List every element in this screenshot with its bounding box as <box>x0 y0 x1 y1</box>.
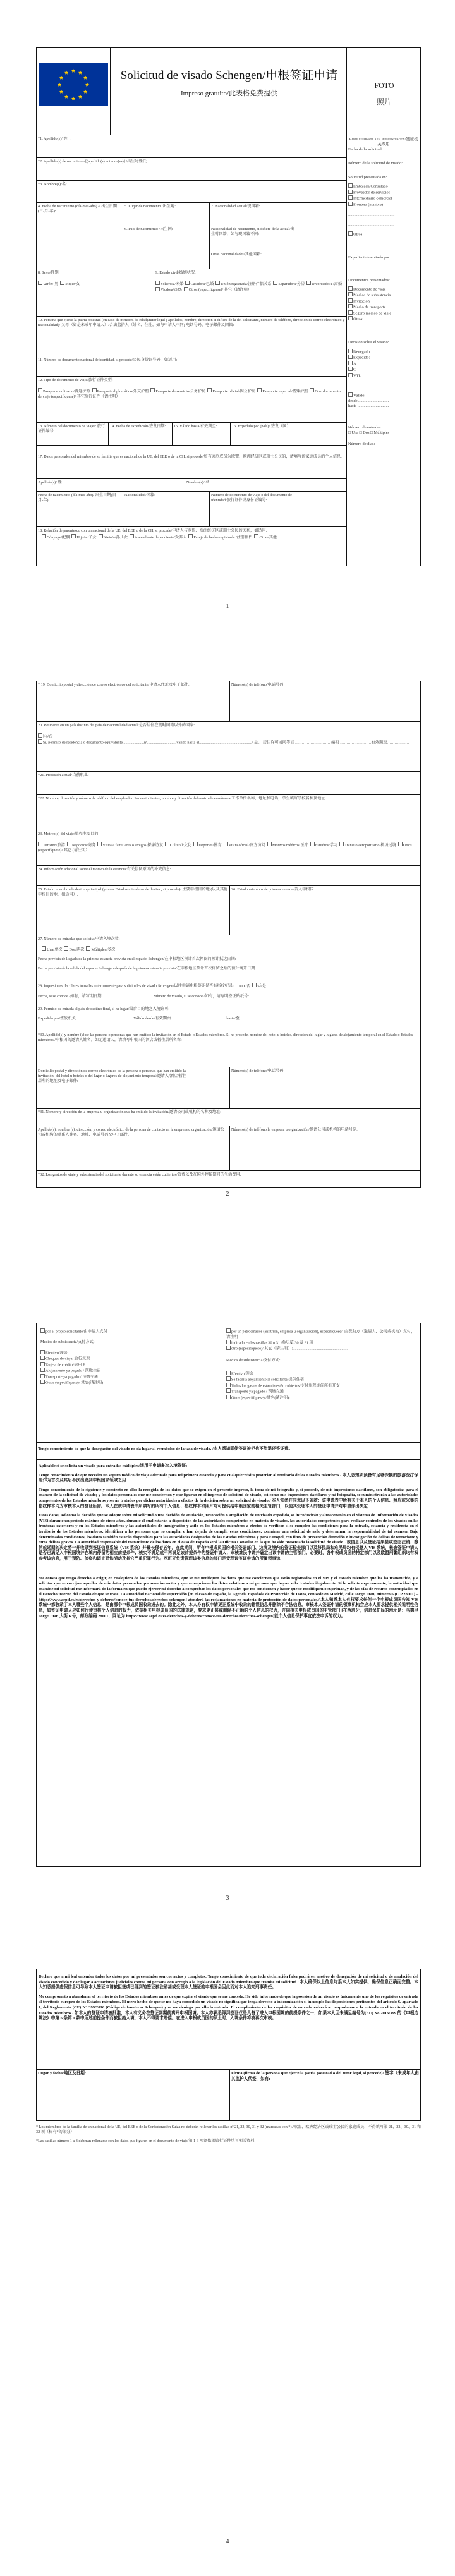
field-23-purpose: 23. Motivo(s) del viaje/旅程主要目的: Turismo/… <box>36 830 421 866</box>
admin-document-option-0[interactable]: Documento de viaje <box>348 286 419 293</box>
purpose-option-5[interactable]: Visita oficial/官方访问 <box>224 843 265 848</box>
option-label: Una/单次 <box>47 947 62 952</box>
field-24-additional-info[interactable]: 24. Información adicional sobre el motiv… <box>36 865 421 886</box>
entries-option-0[interactable]: Una/单次 <box>42 947 62 952</box>
checkbox[interactable] <box>38 281 42 285</box>
rights-notice: Me consta que tengo derecho a exigir, en… <box>39 1576 418 1620</box>
field-6-label: 6. País de nacimiento /出生国: <box>124 227 173 232</box>
admin-valid-from: desde .............................. <box>348 399 419 404</box>
field-27-options: Una/单次Dos/两次Múltiples/多次 <box>38 946 419 952</box>
field-31-contact[interactable]: Apellido(s), nombre (s), dirección, y co… <box>36 1126 230 1171</box>
admin-entries: Número de entradas: <box>348 425 419 430</box>
purpose-option-2[interactable]: Visita a familiares o amigos/探亲访友 <box>97 843 163 848</box>
self-means-option-5[interactable]: Otros (especifíquese)/ 其它(请注明) <box>40 1380 224 1386</box>
sex-option-0[interactable]: Varón/ 男 <box>38 282 58 286</box>
admin-dots: ........................................… <box>348 222 419 228</box>
checkbox[interactable] <box>60 281 64 285</box>
option-label: Otros: <box>353 317 363 322</box>
admin-document-option-4[interactable]: Seguro médico de viaje <box>348 310 419 317</box>
payment-self-means: Medios de subsistencia/支付方式: <box>40 1340 224 1345</box>
checkbox[interactable] <box>348 392 353 397</box>
checkbox[interactable] <box>398 842 403 846</box>
option-label: Negocios/商务 <box>72 843 95 848</box>
doc-type-option-3[interactable]: Pasaporte oficial/因公护照 <box>207 389 255 394</box>
option-label: Expedido: <box>353 356 370 360</box>
field-17-name-label: Nombre(s)/ 名: <box>186 480 210 485</box>
checkbox[interactable] <box>348 361 353 365</box>
checkbox[interactable] <box>185 281 190 285</box>
field-17-doc[interactable]: Número de documento de viaje o del docum… <box>209 491 347 527</box>
option-label: Separado/a/分居 <box>278 282 305 286</box>
checkbox[interactable] <box>226 1395 231 1399</box>
self-means-option-4[interactable]: Transporte ya pagado / 预缴交通 <box>40 1374 224 1380</box>
option-label: Unión registrada/注册伴侣关系 <box>221 282 271 286</box>
field-20-residence: 20. Residente en un país distinto del pa… <box>36 721 421 772</box>
payment-sponsor-options: Efectivo/现金Se facilita alojamiento al so… <box>226 1371 416 1401</box>
field-17-surname[interactable]: Apellido(s)/ 姓: <box>36 478 185 492</box>
checkbox[interactable] <box>310 388 314 392</box>
purpose-option-1[interactable]: Negocios/商务 <box>67 843 95 848</box>
option-label: Frontera (nombre) <box>353 202 383 207</box>
checkbox[interactable] <box>42 534 46 538</box>
field-9-civil-status: 9. Estado civil/婚姻状况: Soltero/a/未婚Casado… <box>154 269 347 317</box>
option-label: Pareja de hecho registrada /注册伴侣 <box>193 535 252 540</box>
checkbox[interactable] <box>226 1371 231 1375</box>
checkbox[interactable] <box>38 733 42 738</box>
checkbox[interactable] <box>226 1388 231 1393</box>
option-label: Viudo/a/丧偶 <box>161 288 182 292</box>
payment-self: por el propio solicitante/由申请人支付 Medios … <box>40 1328 224 1386</box>
checkbox[interactable] <box>348 373 353 377</box>
photo-cell: FOTO 照片 <box>346 47 421 135</box>
payment-sponsor-means: Medios de subsistencia/支付方式: <box>226 1358 416 1363</box>
checkbox[interactable] <box>92 388 97 392</box>
field-10-label: 10. Persona que ejerce la patria potesta… <box>38 318 344 327</box>
place-date-field[interactable]: Lugar y fecha/地区及日期: <box>36 2069 230 2121</box>
field-8-options: Varón/ 男Mujer/女 <box>38 281 152 287</box>
option-label: Transporte ya pagado / 预缴交通 <box>45 1375 98 1379</box>
checkbox[interactable] <box>38 842 42 846</box>
checkbox[interactable] <box>64 946 68 951</box>
checkbox[interactable] <box>226 1340 231 1344</box>
admin-dots: ........................................… <box>348 212 419 217</box>
field-31-company[interactable]: *31. Nombre y dirección de la empresa u … <box>36 1108 421 1126</box>
field-17-family-member: 17. Datos personales del miembro de su f… <box>36 445 347 479</box>
field-5-6-birthplace[interactable]: 5. Lugar de nacimiento /出生地: 6. País de … <box>123 202 210 269</box>
admin-handled-by: Expediente tramitado por: <box>348 255 419 260</box>
field-28-detail: Fecha, si se conoce /如有，请写明日期…………………....… <box>38 994 419 999</box>
checkbox[interactable] <box>42 946 46 951</box>
checkbox[interactable] <box>252 983 257 987</box>
checkbox[interactable] <box>310 842 315 846</box>
declaration-text: Declaro que a mi leal entender todos los… <box>39 1974 418 1991</box>
field-29-detail: Expedido por/签发机关.......................… <box>38 1016 419 1021</box>
admin-document-option-5[interactable]: Otros: <box>348 316 419 322</box>
field-14-issue-date[interactable]: 14. Fecha de expedición/签发日期: <box>108 422 173 446</box>
checkbox[interactable] <box>97 842 102 846</box>
sponsor-sub-option-0[interactable]: indicado en las casillas 30 o 31 /参见第 30… <box>226 1340 416 1346</box>
option-label: Deportes/体育 <box>198 843 221 848</box>
civil-status-option-3[interactable]: Separado/a/分居 <box>273 282 305 286</box>
field-2-label: *2. Apellido(s) de nacimiento [(apellido… <box>38 159 148 164</box>
sponsor-means-option-0[interactable]: Efectivo/现金 <box>226 1371 416 1377</box>
field-4-dob[interactable]: 4. Fecha de nacimiento (día-mes-año) // … <box>36 202 123 269</box>
checkbox[interactable] <box>254 534 258 538</box>
checkbox[interactable] <box>226 1383 231 1387</box>
admin-decision-option-3[interactable]: C <box>348 367 419 373</box>
field-20-label: 20. Residente en un país distinto del pa… <box>38 723 419 728</box>
checkbox[interactable] <box>306 281 311 285</box>
field-23-options: Turismo/旅游Negocios/商务Visita a familiares… <box>38 842 419 853</box>
photo-label: FOTO <box>347 81 421 90</box>
checkbox[interactable] <box>207 388 212 392</box>
field-12-label: 12. Tipo de documento de viaje/旅行证件类型: <box>38 378 345 383</box>
option-label: SÍ/是 <box>257 984 265 988</box>
self-means-option-0[interactable]: Efectivo/现金 <box>40 1350 224 1356</box>
option-label: A <box>353 361 356 366</box>
field-7-nationality[interactable]: 7. Nacionalidad actual/现国籍: Nacionalidad… <box>209 202 347 269</box>
civil-status-option-4[interactable]: Divorciado/a /离婚 <box>306 282 342 286</box>
sponsor-means-option-2[interactable]: Todos los gastos de estancia están cubie… <box>226 1383 416 1389</box>
checkbox[interactable] <box>348 292 353 296</box>
place-date-label: Lugar y fecha/地区及日期: <box>38 2071 86 2075</box>
option-label: Mujer/女 <box>65 282 80 286</box>
purpose-option-3[interactable]: Cultural/文化 <box>165 843 191 848</box>
checkbox[interactable] <box>348 195 353 200</box>
checkbox[interactable] <box>348 349 353 353</box>
option-label: Cónyuge/配偶 <box>47 535 70 540</box>
admin-documents-options: Documento de viajeMedios de subsistencia… <box>348 286 419 322</box>
relationship-option-3[interactable]: Ascendiente dependiente/受养人 <box>130 535 186 540</box>
checkbox[interactable] <box>215 281 220 285</box>
field-22-employer[interactable]: *22. Nombre, dirección y número de teléf… <box>36 794 421 830</box>
checkbox[interactable] <box>150 388 155 392</box>
refund-notice: Tengo conocimiento de que la denegación … <box>36 1442 421 1460</box>
declaration-block: Declaro que a mi leal entender todos los… <box>36 1969 421 2070</box>
checkbox[interactable] <box>339 842 344 846</box>
field-31-phone[interactable]: Número(s) de teléfono la empresa u organ… <box>229 1126 421 1171</box>
field-17-nationality-label: Nacionalidad/国籍: <box>124 493 155 497</box>
field-13-label: 13. Número del documento de viaje/: 旅行证件… <box>38 424 105 434</box>
field-18-label: 18. Relación de parentesco con un nacion… <box>38 528 345 533</box>
admin-submitted-option-3[interactable]: Frontera (nombre) <box>348 202 419 208</box>
field-15-valid-until[interactable]: 15. Válido hasta/有效期至: <box>172 422 231 446</box>
admin-application-date: Fecha de la solicitud: <box>348 147 419 152</box>
admin-document-option-3[interactable]: Medio de transporte <box>348 304 419 310</box>
option-label: Cultural/文化 <box>170 843 191 848</box>
option-label: Medios de subsistencia <box>353 293 391 298</box>
checkbox[interactable] <box>348 183 353 188</box>
field-13-doc-number[interactable]: 13. Número del documento de viaje/: 旅行证件… <box>36 422 109 446</box>
purpose-option-6[interactable]: Motivos médicos/医疗 <box>267 843 308 848</box>
checkbox[interactable] <box>348 355 353 359</box>
checkbox[interactable] <box>348 310 353 315</box>
field-19-address[interactable]: * 19. Domicilio postal y dirección de co… <box>36 681 230 722</box>
self-means-option-3[interactable]: Alojamiento ya pagado / 预缴住宿 <box>40 1368 224 1374</box>
field-3-names[interactable]: *3. Nombre(s)/名: <box>36 180 347 203</box>
purpose-option-8[interactable]: Tránsito aeroportuario/机场过境 <box>339 843 396 848</box>
field-3-label: *3. Nombre(s)/名: <box>38 182 67 186</box>
doc-type-option-4[interactable]: Pasaporte especial/特殊护照 <box>257 389 308 394</box>
checkbox[interactable] <box>226 1376 231 1381</box>
payment-self-options: Efectivo/现金Cheques de viaje/ 旅行支票Tarjeta… <box>40 1350 224 1386</box>
option-label: otro (especifíquese)/ 其它（请注明）:..........… <box>231 1347 348 1351</box>
option-label: Pasaporte especial/特殊护照 <box>262 389 308 394</box>
flag-cell <box>36 47 111 135</box>
sponsor-means-option-1[interactable]: Se facilita alojamiento al solicitante/提… <box>226 1376 416 1383</box>
option-label: Dos/两次 <box>69 947 84 952</box>
civil-status-option-1[interactable]: Casado/a/已婚 <box>185 282 214 286</box>
checkbox[interactable] <box>257 388 262 392</box>
field-30-address-label: Domicilio postal y dirección de correo e… <box>38 1069 190 1084</box>
entries-option-1[interactable]: Dos/两次 <box>64 947 84 952</box>
signature-field[interactable]: Firma (firma de la persona que ejerce la… <box>229 2069 421 2121</box>
checkbox[interactable] <box>71 534 76 538</box>
admin-application-number: Número de la solicitud de visado: <box>348 161 419 166</box>
field-17-name[interactable]: Nombre(s)/ 名: <box>185 478 347 492</box>
relationship-option-1[interactable]: Hijo/a /子女 <box>71 535 96 540</box>
doc-type-option-1[interactable]: Pasaporte diplomático/外交护照 <box>92 389 149 394</box>
field-17-dob[interactable]: Fecha de nacimiento (día-mes-año)/ 出生日期(… <box>36 491 123 527</box>
field-29-entry-permit: 29. Permiso de entrada al país de destin… <box>36 1005 421 1031</box>
checkbox[interactable] <box>130 534 134 538</box>
civil-status-option-0[interactable]: Soltero/a/未婚 <box>155 282 183 286</box>
admin-days: Número de días: <box>348 442 419 447</box>
checkbox[interactable] <box>348 202 353 206</box>
civil-status-option-2[interactable]: Unión registrada/注册伴侣关系 <box>215 282 271 286</box>
checkbox[interactable] <box>38 388 42 392</box>
page-title: Solicitud de visado Schengen/申根签证申请 <box>111 66 347 83</box>
option-label: Alojamiento ya pagado / 预缴住宿 <box>45 1369 100 1373</box>
field-17-nationality[interactable]: Nacionalidad/国籍: <box>123 491 210 527</box>
option-label: Pasaporte ordinario/普通护照 <box>43 389 90 394</box>
field-32-label: *32. Los gastos de viaje y subsistencia … <box>38 1172 241 1177</box>
field-30-inviting-person[interactable]: *30. Apellido(s) y nombre (s) de las per… <box>36 1031 421 1067</box>
admin-title: Parte reservada a la Administración/签证机关… <box>348 137 419 147</box>
field-7-birth-nationality-label: Nacionalidad de nacimiento, si difiere d… <box>211 227 296 237</box>
field-2-birth-surname[interactable]: *2. Apellido(s) de nacimiento [(apellido… <box>36 157 347 181</box>
admin-document-option-1[interactable]: Medios de subsistencia <box>348 292 419 298</box>
option-label: Embajada/Consulado <box>353 185 388 189</box>
payment-sponsor-sub: indicado en las casillas 30 o 31 /参见第 30… <box>226 1340 416 1352</box>
option-label: Otros (especifíquese) /其它(请注明): <box>231 1395 290 1400</box>
checkbox[interactable] <box>348 190 353 194</box>
field-31-label: *31. Nombre y dirección de la empresa u … <box>38 1110 221 1114</box>
checkbox[interactable] <box>40 1350 45 1354</box>
option-label: Nieto/a/孙儿女 <box>104 535 128 540</box>
checkbox[interactable] <box>86 946 90 951</box>
checkbox[interactable] <box>348 316 353 320</box>
doc-type-option-2[interactable]: Pasaporte de servicio/公务护照 <box>150 389 205 394</box>
purpose-option-0[interactable]: Turismo/旅游 <box>38 843 65 848</box>
option-label: Otros (especifíquese)/ 其它(请注明) <box>45 1381 103 1385</box>
field-28-fingerprints: 28. Impresiones dactilares tomadas anter… <box>36 981 421 1005</box>
option-label: Múltiples/多次 <box>91 947 115 952</box>
option-label: Tarjeta de crédito/信用卡 <box>45 1363 85 1367</box>
page-number: 2 <box>0 1191 455 1198</box>
admin-decision-option-1[interactable]: Expedido: <box>348 355 419 361</box>
fingerprints-option-1[interactable]: SÍ/是 <box>252 984 265 988</box>
field-25-label: 25. Estado miembro de destino principal … <box>38 887 227 897</box>
admin-decision-option-0[interactable]: Denegado <box>348 349 419 355</box>
refund-notice-text: Tengo conocimiento de que la denegación … <box>38 1447 293 1451</box>
admin-submitted-option-1[interactable]: Proveedor de servicios <box>348 190 419 196</box>
field-31-contact-label: Apellido(s), nombre (s), dirección, y co… <box>38 1127 224 1137</box>
relationship-option-0[interactable]: Cónyuge/配偶 <box>42 535 70 540</box>
admin-entries-options: □ Una □ Dos □ Múltiples <box>348 430 419 435</box>
checkbox[interactable] <box>348 304 353 308</box>
field-10-guardian[interactable]: 10. Persona que ejerce la patria potesta… <box>36 316 347 356</box>
insurance-notice: Tengo conocimiento de que necesito un se… <box>39 1473 418 1484</box>
relationship-option-2[interactable]: Nieto/a/孙儿女 <box>99 535 128 540</box>
option-label: Visita a familiares o amigos/探亲访友 <box>102 843 163 848</box>
field-17-dob-label: Fecha de nacimiento (día-mes-año)/ 出生日期(… <box>38 493 118 502</box>
sponsor-sub-option-1[interactable]: otro (especifíquese)/ 其它（请注明）:..........… <box>226 1346 416 1352</box>
admin-decision-option-2[interactable]: A <box>348 361 419 367</box>
checkbox[interactable] <box>348 286 353 291</box>
checkbox[interactable] <box>67 842 71 846</box>
field-8-sex: 8. Sexo/性别 Varón/ 男Mujer/女 <box>36 269 154 317</box>
checkbox[interactable] <box>40 1362 45 1366</box>
civil-status-option-6[interactable]: Otros (especifíquese)/ 其它（请注明） <box>184 288 252 292</box>
checkbox[interactable] <box>99 534 103 538</box>
field-27-entries: 27. Número de entradas que solicita/申请入境… <box>36 935 421 981</box>
checkbox[interactable] <box>226 1328 231 1333</box>
field-7-label: 7. Nacionalidad actual/现国籍: <box>211 204 345 209</box>
checkbox[interactable] <box>348 298 353 303</box>
checkbox[interactable] <box>188 534 193 538</box>
field-1-surname[interactable]: *1. Apellido(s)/ 姓: : <box>36 135 347 158</box>
field-12-options: Pasaporte ordinario/普通护照Pasaporte diplom… <box>38 388 345 399</box>
sponsor-means-option-4[interactable]: Otros (especifíquese) /其它(请注明): <box>226 1395 416 1401</box>
checkbox[interactable] <box>40 1328 45 1333</box>
page-subtitle: Impreso gratuito/此表格免费提供 <box>111 88 347 98</box>
field-21-profession[interactable]: *21. Profesión actual/当前职业: <box>36 771 421 795</box>
option-label: Transporte ya pagado / 预缴交通 <box>231 1390 284 1394</box>
admin-decision-options: DenegadoExpedido:ACVTL <box>348 349 419 379</box>
sex-option-1[interactable]: Mujer/女 <box>60 282 80 286</box>
field-14-label: 14. Fecha de expedición/签发日期: <box>110 424 166 428</box>
checkbox[interactable] <box>273 281 277 285</box>
field-25-destination[interactable]: 25. Estado miembro de destino principal … <box>36 885 230 935</box>
admin-submitted-option-2[interactable]: Intermediario comercial <box>348 195 419 202</box>
doc-type-option-0[interactable]: Pasaporte ordinario/普通护照 <box>38 389 90 394</box>
checkbox[interactable] <box>155 287 160 291</box>
option-label: Pasaporte de servicio/公务护照 <box>155 389 205 394</box>
admin-otros: Otros <box>353 233 362 237</box>
field-18-relationship: 18. Relación de parentesco con un nacion… <box>36 526 347 566</box>
option-label: Efectivo/现金 <box>231 1371 253 1376</box>
title-cell: Solicitud de visado Schengen/申根签证申请 Impr… <box>110 47 347 135</box>
civil-status-option-5[interactable]: Viudo/a/丧偶 <box>155 288 182 292</box>
option-label: Todos los gastos de estancia están cubie… <box>231 1383 340 1388</box>
option-label: Hijo/a /子女 <box>76 535 96 540</box>
checkbox[interactable] <box>348 367 353 371</box>
field-30-label: *30. Apellido(s) y nombre (s) de las per… <box>38 1033 413 1042</box>
field-30-address[interactable]: Domicilio postal y dirección de correo e… <box>36 1067 230 1109</box>
option-label: Se facilita alojamiento al solicitante/提… <box>231 1378 304 1382</box>
field-27-departure: Fecha prevista de la salida del espacio … <box>38 966 419 971</box>
sponsor-means-option-3[interactable]: Transporte ya pagado / 预缴交通 <box>226 1388 416 1395</box>
footnote-2: *Las casillas número 1 a 3 deberán relle… <box>36 2139 421 2144</box>
fingerprints-option-0[interactable]: NO /否 <box>234 984 250 988</box>
option-label: Varón/ 男 <box>43 282 58 286</box>
relationship-option-4[interactable]: Pareja de hecho registrada /注册伴侣 <box>188 535 252 540</box>
option-label: Tránsito aeroportuario/机场过境 <box>344 843 396 848</box>
checkbox[interactable] <box>267 842 272 846</box>
checkbox[interactable] <box>165 842 169 846</box>
option-label: Efectivo/现金 <box>45 1351 68 1355</box>
field-31-phone-label: Número(s) de teléfono la empresa u organ… <box>231 1127 358 1132</box>
self-means-option-2[interactable]: Tarjeta de crédito/信用卡 <box>40 1362 224 1368</box>
admin-submitted-options: Embajada/ConsuladoProveedor de servicios… <box>348 183 419 207</box>
option-label: Documento de viaje <box>353 287 385 291</box>
checkbox[interactable] <box>226 1346 231 1350</box>
checkbox[interactable] <box>234 983 238 987</box>
page-number: 3 <box>0 1895 455 1902</box>
field-17-doc-label: Número de documento de viaje o del docum… <box>211 493 293 503</box>
entries-option-2[interactable]: Múltiples/多次 <box>86 947 115 952</box>
option-label: Seguro médico de viaje <box>353 311 391 315</box>
relationship-option-5[interactable]: Otras/其他: <box>254 535 277 540</box>
admin-documents: Documentos presentados: <box>348 278 419 283</box>
field-26-label: 26. Estado miembro de primera entrada/首入… <box>231 887 315 892</box>
checkbox[interactable] <box>40 1374 45 1378</box>
option-label: Motivos médicos/医疗 <box>272 843 308 848</box>
option-label: Turismo/旅游 <box>43 843 65 848</box>
option-label: Casado/a/已婚 <box>190 282 214 286</box>
checkbox[interactable] <box>224 842 228 846</box>
field-22-label: *22. Nombre, dirección y número de teléf… <box>38 796 326 801</box>
field-11-label: 11. Número de documento nacional de iden… <box>38 358 177 362</box>
eu-flag-icon <box>39 63 108 106</box>
checkbox[interactable] <box>184 287 188 291</box>
purpose-option-4[interactable]: Deportes/体育 <box>193 843 221 848</box>
checkbox[interactable] <box>38 739 42 744</box>
field-11-national-id[interactable]: 11. Número de documento nacional de iden… <box>36 356 347 377</box>
field-32-payment: por el propio solicitante/由申请人支付 Medios … <box>36 1323 421 1443</box>
purpose-option-7[interactable]: Estudios/学习 <box>310 843 337 848</box>
field-20-yes: Sí, permiso de residencia o documento eq… <box>43 740 410 744</box>
checkbox[interactable] <box>40 1380 45 1384</box>
admin-document-option-2[interactable]: Invitación <box>348 298 419 305</box>
field-16-issued-by[interactable]: 16. Expedido por (país)/ 签发（国）: <box>230 422 347 446</box>
checkbox[interactable] <box>40 1356 45 1360</box>
signature-label: Firma (firma de la persona que ejerce la… <box>231 2071 419 2081</box>
field-17-surname-label: Apellido(s)/ 姓: <box>38 480 63 485</box>
admin-decision-option-4[interactable]: VTL <box>348 373 419 379</box>
field-21-label: *21. Profesión actual/当前职业: <box>38 773 89 777</box>
checkbox[interactable] <box>348 231 353 236</box>
field-19-phone-label: Número(s) de teléfono/电话号码: <box>231 683 284 687</box>
self-means-option-1[interactable]: Cheques de viaje/ 旅行支票 <box>40 1356 224 1362</box>
field-15-label: 15. Válido hasta/有效期至: <box>174 424 217 428</box>
checkbox[interactable] <box>193 842 198 846</box>
option-label: Invitación <box>353 299 370 303</box>
checkbox[interactable] <box>155 281 160 285</box>
field-8-label: 8. Sexo/性别 <box>38 270 152 276</box>
option-label: Estudios/学习 <box>315 843 337 848</box>
checkbox[interactable] <box>40 1368 45 1372</box>
field-30-phone[interactable]: Número(s) de teléfono/电话号码: <box>229 1067 421 1109</box>
field-26-first-entry[interactable]: 26. Estado miembro de primera entrada/首入… <box>229 885 421 935</box>
field-24-label: 24. Información adicional sobre el motiv… <box>38 867 171 872</box>
field-5-label: 5. Lugar de nacimiento /出生地: <box>124 204 208 209</box>
field-19-phone[interactable]: Número(s) de teléfono/电话号码: <box>229 681 421 722</box>
field-23-label: 23. Motivo(s) del viaje/旅程主要目的: <box>38 832 419 837</box>
admin-submitted-option-0[interactable]: Embajada/Consulado <box>348 183 419 190</box>
field-4-label: 4. Fecha de nacimiento (día-mes-año) // … <box>38 204 117 214</box>
